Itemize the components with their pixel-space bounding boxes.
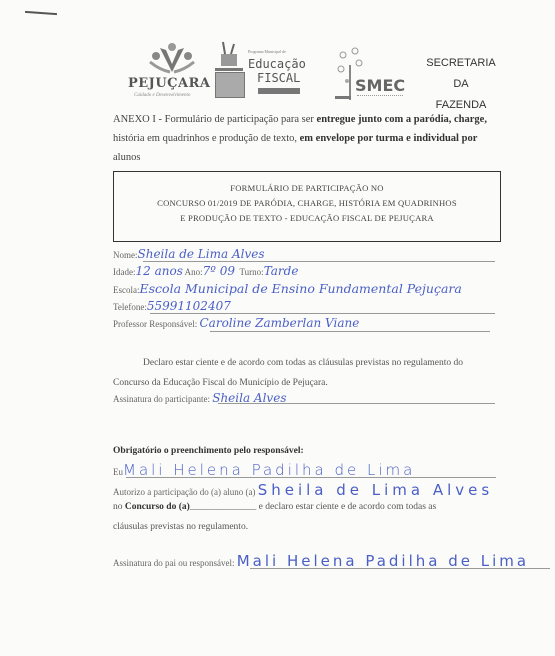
telefone-label: Telefone:	[113, 302, 147, 312]
form-title-line-2: CONCURSO 01/2019 DE PARÓDIA, CHARGE, HIS…	[114, 196, 500, 211]
telefone-value[interactable]: 55991102407	[147, 299, 231, 313]
anexo-line2: história em quadrinhos e produção de tex…	[113, 133, 300, 144]
anexo-instructions: ANEXO I - Formulário de participação par…	[113, 110, 508, 167]
turno-label: Turno:	[240, 267, 264, 277]
escola-label: Escola:	[113, 285, 140, 295]
fiscal-word: FISCAL	[257, 71, 300, 85]
secretaria-heading: SECRETARIA DA FAZENDA	[420, 53, 502, 116]
nome-value[interactable]: Sheila de Lima Alves	[138, 247, 265, 261]
escola-value[interactable]: Escola Municipal de Ensino Fundamental P…	[140, 281, 462, 296]
nome-line	[143, 261, 495, 262]
program-label: Programa Municipal de	[248, 49, 286, 54]
escola-field[interactable]: Escola:Escola Municipal de Ensino Fundam…	[113, 281, 462, 296]
pencil-cup-icon	[215, 40, 243, 71]
declaracao-paragraph: Declaro estar ciente e de acordo com tod…	[113, 353, 513, 393]
assinatura-participante-line	[218, 403, 495, 404]
eu-line	[126, 477, 496, 478]
scan-mark	[25, 11, 57, 15]
anexo-line3: alunos	[113, 152, 140, 163]
autorizo-label: Autorizo a participação do (a) aluno (a)	[113, 487, 255, 497]
nome-label: Nome:	[113, 250, 138, 260]
idade-field[interactable]: Idade:12 anos Ano:7º 09 Turno:Tarde	[113, 264, 298, 278]
anexo-text: Formulário de participação para ser	[165, 114, 317, 125]
eu-label: Eu	[113, 467, 123, 477]
anexo-bold: entregue junto com a paródia, charge,	[317, 114, 487, 125]
telefone-line	[150, 313, 495, 314]
smec-logo: SMEC	[335, 45, 405, 103]
coat-of-arms-icon	[215, 72, 245, 98]
declaracao-line-1: Declaro estar ciente e de acordo com tod…	[113, 353, 513, 373]
people-figures-icon	[148, 42, 196, 74]
ano-value[interactable]: 7º 09	[203, 264, 235, 278]
concurso-bold: Concurso do (a)	[125, 502, 190, 512]
badge-bar	[258, 88, 300, 94]
secretaria-line-1: SECRETARIA	[420, 53, 502, 74]
concurso-suffix: e declaro estar ciente e de acordo com t…	[256, 502, 436, 512]
anexo-line2-bold: em envelope por turma e individual por	[300, 133, 478, 144]
professor-value[interactable]: Caroline Zamberlan Viane	[200, 316, 360, 330]
clausulas-line: cláusulas previstas no regulamento.	[113, 517, 513, 537]
smec-wordmark: SMEC	[355, 76, 405, 95]
concurso-blank[interactable]: ______________	[190, 502, 257, 512]
secretaria-line-2: DA	[420, 74, 502, 95]
professor-label: Professor Responsável:	[113, 319, 197, 329]
ano-label: Ano:	[185, 267, 203, 277]
professor-field[interactable]: Professor Responsável: Caroline Zamberla…	[113, 316, 359, 330]
turno-value[interactable]: Tarde	[264, 264, 299, 278]
idade-value[interactable]: 12 anos	[136, 264, 183, 278]
form-title-line-3: E PRODUÇÃO DE TEXTO - EDUCAÇÃO FISCAL DE…	[114, 211, 500, 226]
concurso-prefix: no	[113, 502, 125, 512]
telefone-field[interactable]: Telefone:55991102407	[113, 299, 231, 313]
form-title-box: FORMULÁRIO DE PARTICIPAÇÃO NO CONCURSO 0…	[113, 171, 501, 242]
pejucara-tagline: Cuidado e Desenvolvimento	[134, 93, 190, 98]
responsavel-heading: Obrigatório o preenchimento pelo respons…	[113, 446, 304, 456]
form-title-line-1: FORMULÁRIO DE PARTICIPAÇÃO NO	[114, 181, 500, 196]
nome-field[interactable]: Nome:Sheila de Lima Alves	[113, 247, 265, 261]
assinatura-participante-label: Assinatura do participante:	[113, 394, 210, 404]
assinatura-responsavel-label: Assinatura do pai ou responsável:	[113, 558, 234, 568]
concurso-paragraph: no Concurso do (a)______________ e decla…	[113, 497, 513, 537]
pejucara-wordmark: PEJUÇARA	[128, 76, 211, 91]
educacao-word: Educação	[248, 57, 306, 71]
professor-line	[210, 331, 490, 332]
assinatura-responsavel-line	[250, 568, 550, 569]
declaracao-line-2: Concurso da Educação Fiscal do Município…	[113, 373, 513, 393]
anexo-prefix: ANEXO I -	[113, 114, 165, 125]
smec-subtitle	[357, 95, 403, 100]
pejucara-logo: PEJUÇARA Cuidado e Desenvolvimento	[128, 40, 210, 100]
educacao-fiscal-logo: Programa Municipal de Educação FISCAL	[212, 40, 312, 102]
idade-label: Idade:	[113, 267, 136, 277]
